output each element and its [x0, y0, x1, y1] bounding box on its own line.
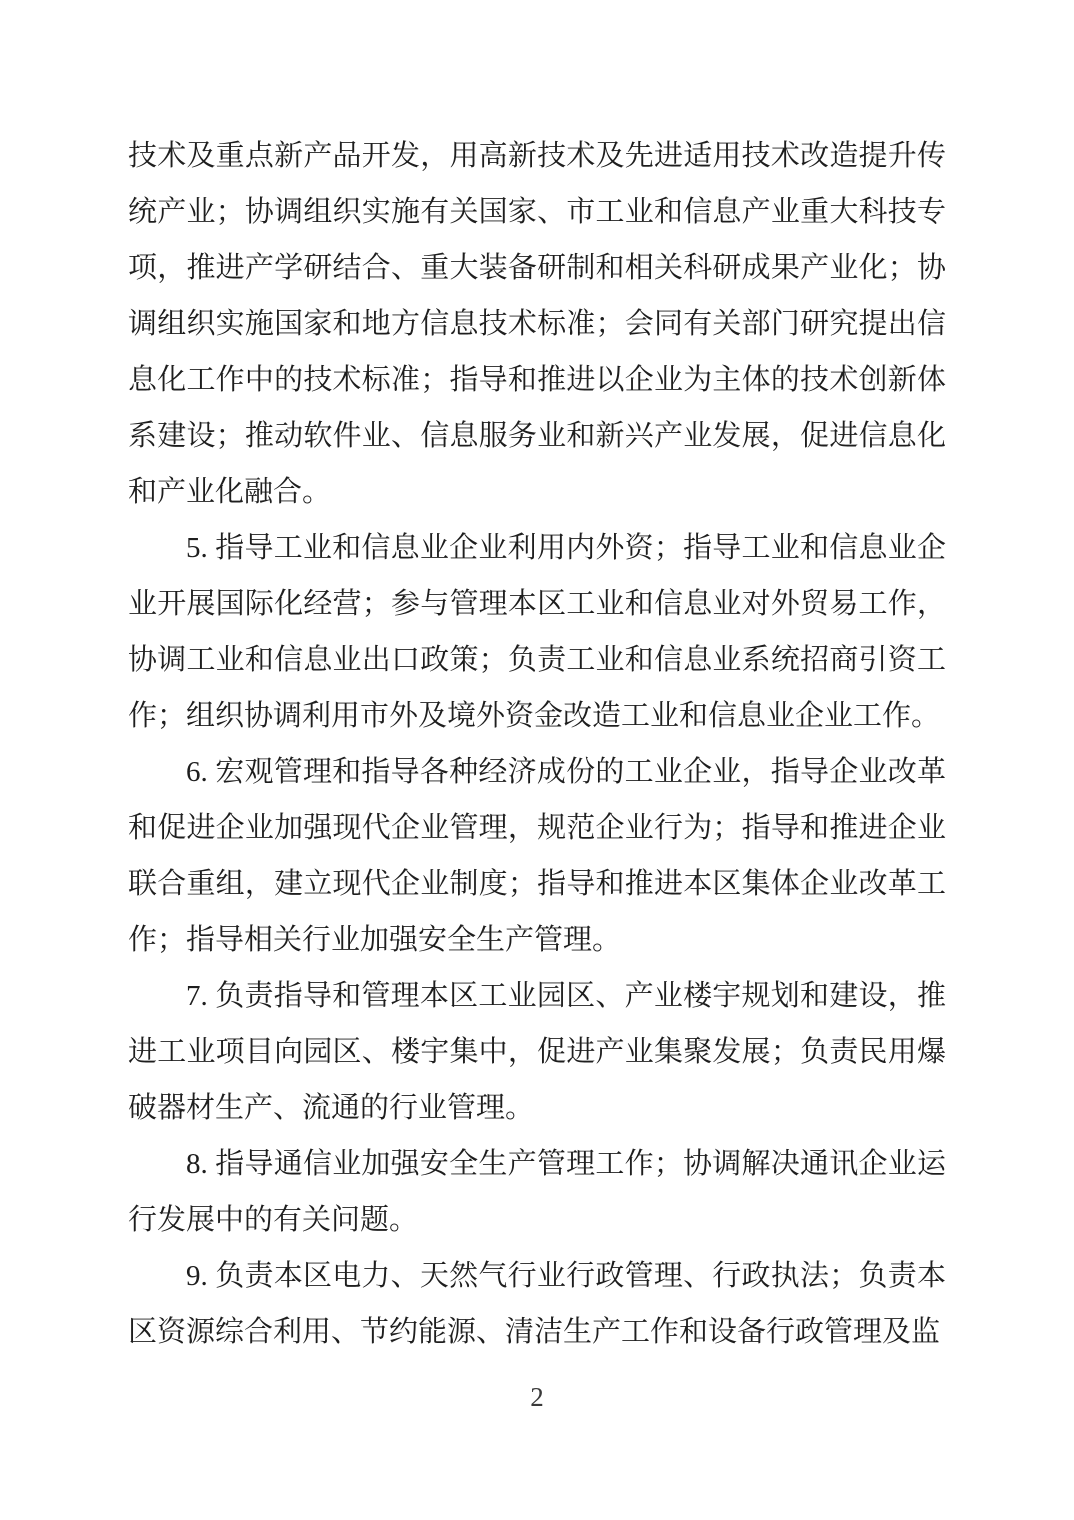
paragraph-1-line-4: 调组织实施国家和地方信息技术标准；会同有关部门研究提出信 — [128, 296, 946, 352]
paragraph-1-line-6: 系建设；推动软件业、信息服务业和新兴产业发展，促进信息化 — [128, 408, 946, 464]
paragraph-1-line-7: 和产业化融合。 — [128, 464, 946, 520]
page-number: 2 — [530, 1382, 544, 1412]
paragraph-2-line-3: 协调工业和信息业出口政策；负责工业和信息业系统招商引资工 — [128, 632, 946, 688]
paragraph-1-line-5: 息化工作中的技术标准；指导和推进以企业为主体的技术创新体 — [128, 352, 946, 408]
document-page: 技术及重点新产品开发，用高新技术及先进适用技术改造提升传统产业；协调组织实施有关… — [0, 0, 1074, 1520]
paragraph-5-line-1: 8. 指导通信业加强安全生产管理工作；协调解决通讯企业运 — [128, 1136, 946, 1192]
paragraph-2-line-1: 5. 指导工业和信息业企业利用内外资；指导工业和信息业企 — [128, 520, 946, 576]
paragraph-1-line-2: 统产业；协调组织实施有关国家、市工业和信息产业重大科技专 — [128, 184, 946, 240]
paragraph-2-line-2: 业开展国际化经营；参与管理本区工业和信息业对外贸易工作， — [128, 576, 946, 632]
paragraph-3-line-3: 联合重组，建立现代企业制度；指导和推进本区集体企业改革工 — [128, 856, 946, 912]
paragraph-2-line-4: 作；组织协调利用市外及境外资金改造工业和信息业企业工作。 — [128, 688, 946, 744]
paragraph-6-line-1: 9. 负责本区电力、天然气行业行政管理、行政执法；负责本 — [128, 1248, 946, 1304]
paragraph-1-line-1: 技术及重点新产品开发，用高新技术及先进适用技术改造提升传 — [128, 128, 946, 184]
paragraph-3-line-4: 作；指导相关行业加强安全生产管理。 — [128, 912, 946, 968]
document-body: 技术及重点新产品开发，用高新技术及先进适用技术改造提升传统产业；协调组织实施有关… — [128, 128, 946, 1360]
paragraph-4-line-3: 破器材生产、流通的行业管理。 — [128, 1080, 946, 1136]
paragraph-4-line-2: 进工业项目向园区、楼宇集中，促进产业集聚发展；负责民用爆 — [128, 1024, 946, 1080]
paragraph-3-line-2: 和促进企业加强现代企业管理，规范企业行为；指导和推进企业 — [128, 800, 946, 856]
paragraph-6-line-2: 区资源综合利用、节约能源、清洁生产工作和设备行政管理及监 — [128, 1304, 946, 1360]
paragraph-3-line-1: 6. 宏观管理和指导各种经济成份的工业企业，指导企业改革 — [128, 744, 946, 800]
page-footer: 2 — [0, 1382, 1074, 1413]
paragraph-1-line-3: 项，推进产学研结合、重大装备研制和相关科研成果产业化；协 — [128, 240, 946, 296]
paragraph-5-line-2: 行发展中的有关问题。 — [128, 1192, 946, 1248]
paragraph-4-line-1: 7. 负责指导和管理本区工业园区、产业楼宇规划和建设，推 — [128, 968, 946, 1024]
